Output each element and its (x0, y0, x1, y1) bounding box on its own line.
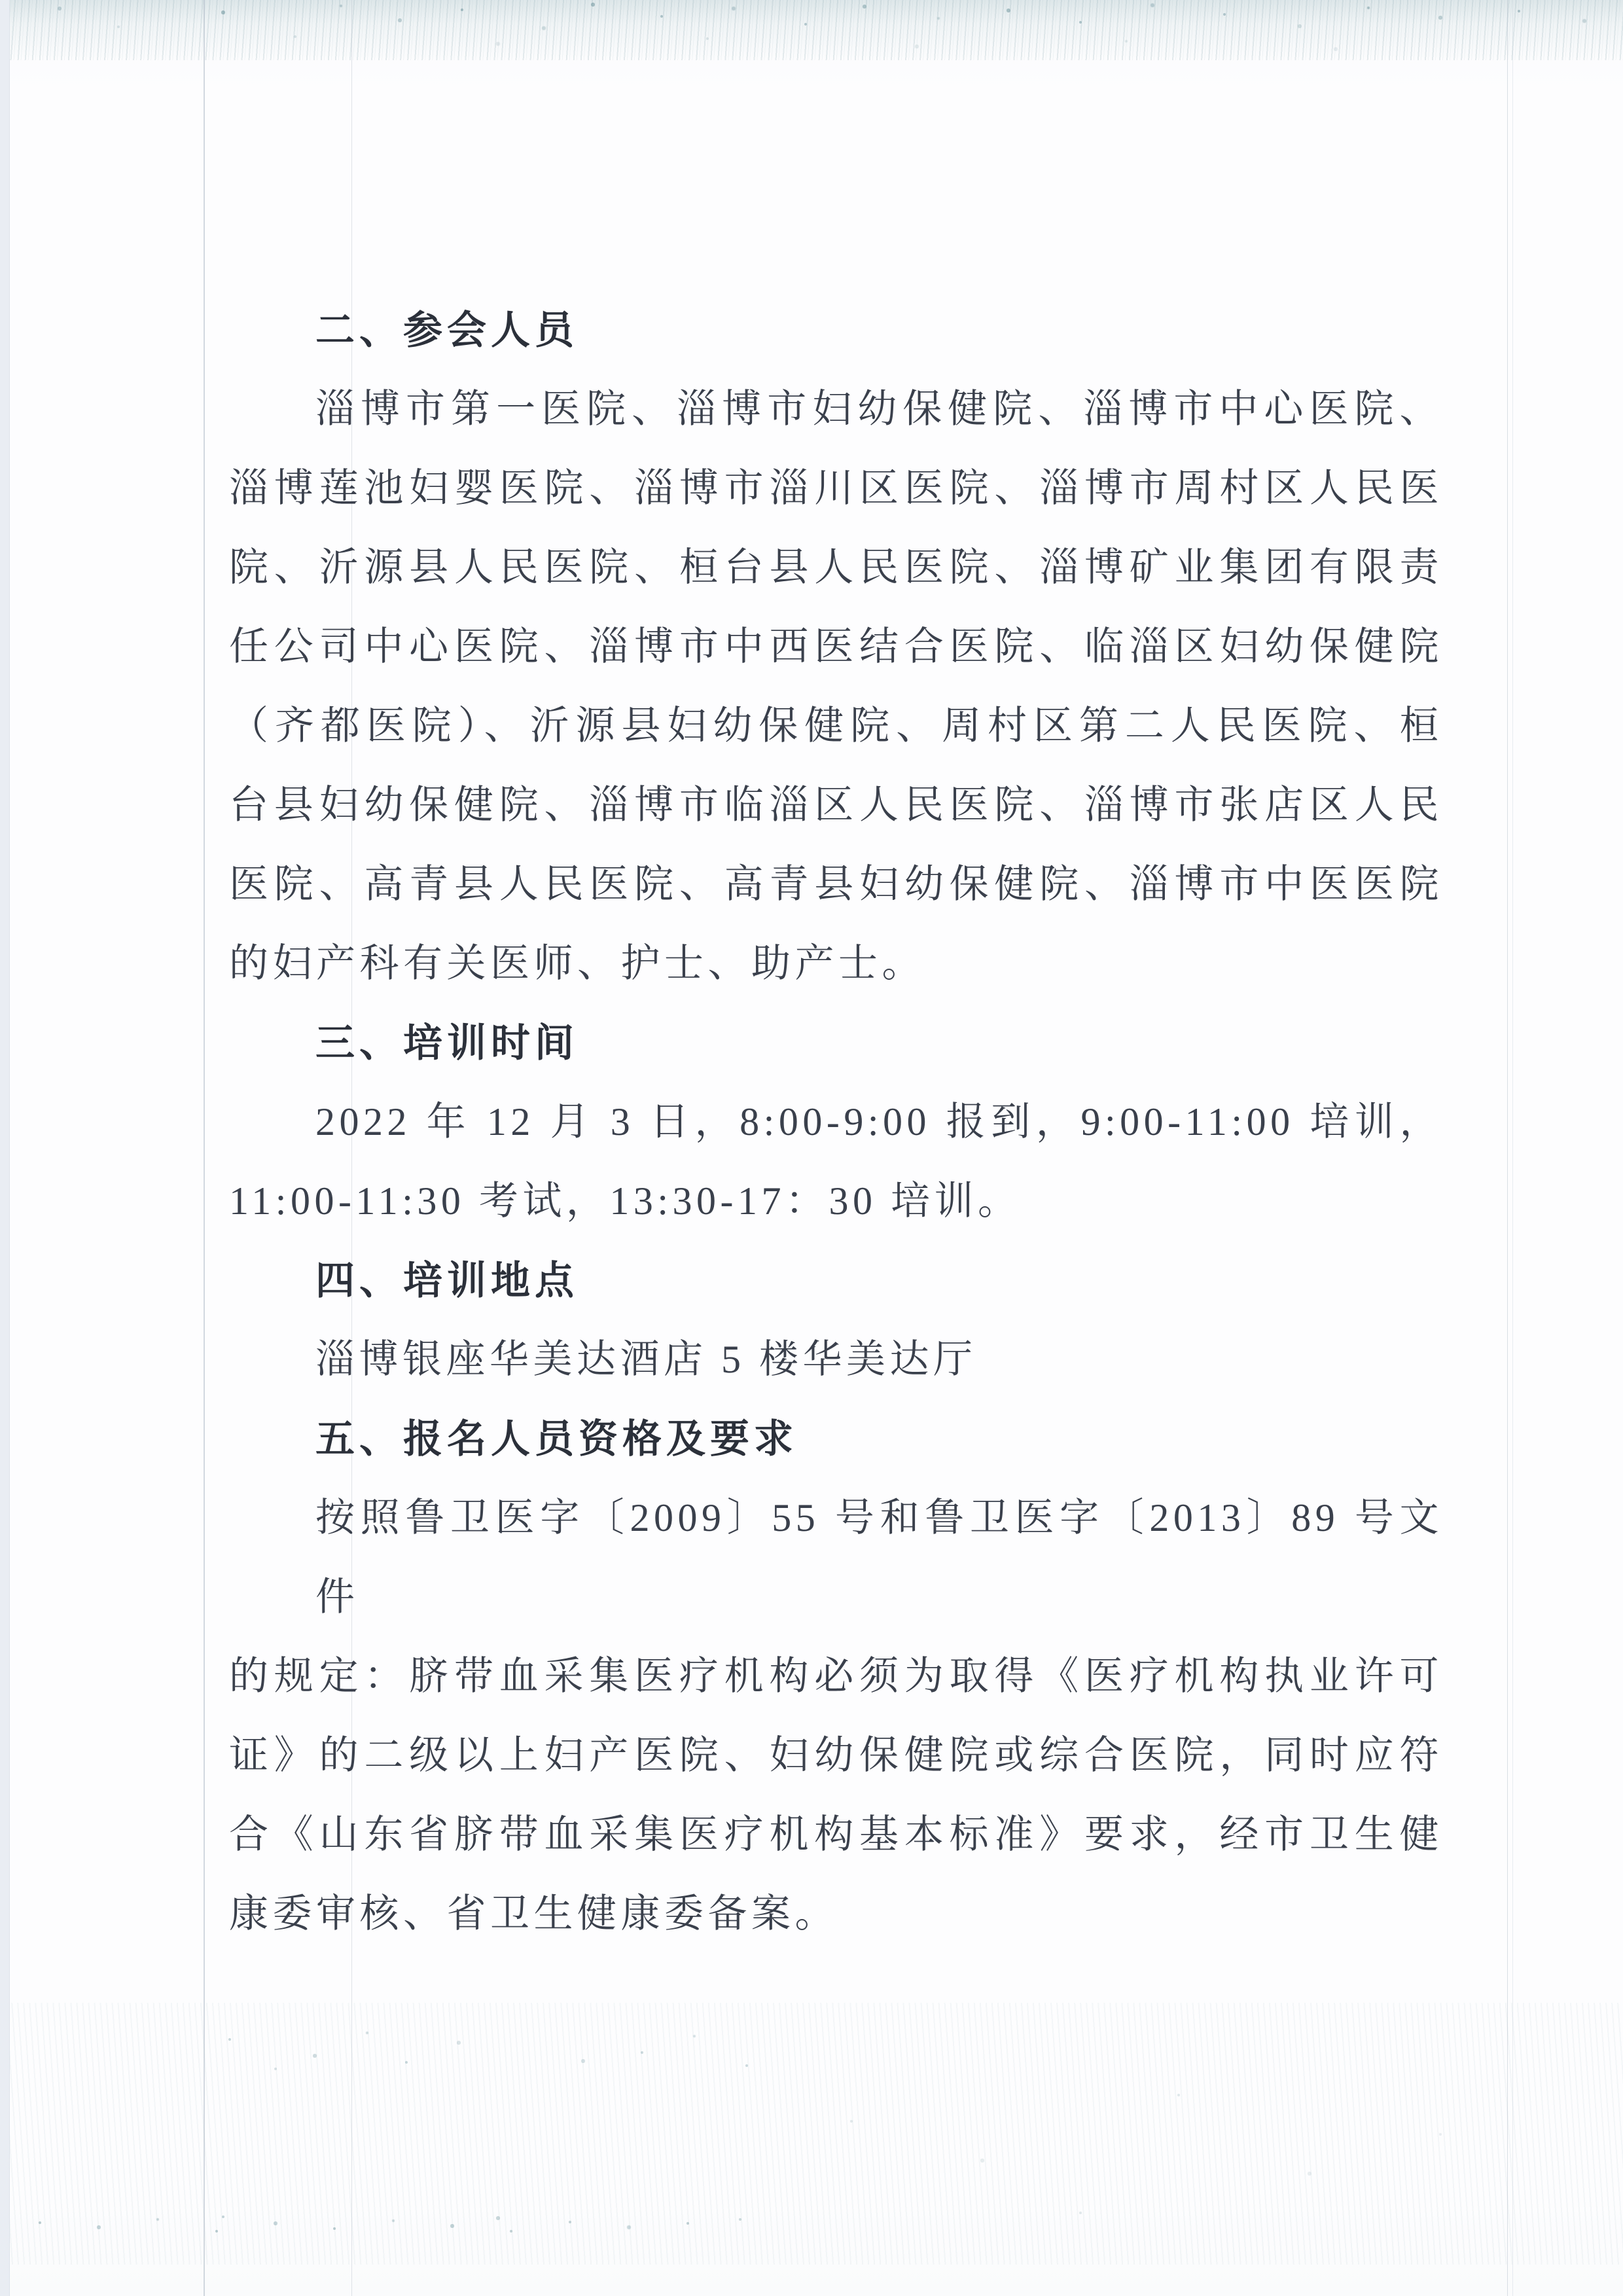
participants-text-line: 任公司中心医院、淄博市中西医结合医院、临淄区妇幼保健院 (229, 607, 1443, 687)
scan-fold-line-left (204, 0, 205, 2296)
participants-text-line: 院、沂源县人民医院、桓台县人民医院、淄博矿业集团有限责 (229, 528, 1443, 607)
document-body: 二、参会人员 淄博市第一医院、淄博市妇幼保健院、淄博市中心医院、 淄博莲池妇婴医… (229, 291, 1443, 1954)
training-time-text-line: 2022 年 12 月 3 日，8:00-9:00 报到，9:00-11:00 … (229, 1083, 1443, 1162)
scan-noise-top (0, 0, 1623, 60)
participants-text-line: 台县妇幼保健院、淄博市临淄区人民医院、淄博市张店区人民 (229, 766, 1443, 845)
training-location-text-line: 淄博银座华美达酒店 5 楼华美达厅 (229, 1320, 1443, 1399)
participants-text-line: 淄博市第一医院、淄博市妇幼保健院、淄博市中心医院、 (229, 370, 1443, 449)
heading-training-time: 三、培训时间 (229, 1003, 1443, 1083)
heading-qualifications: 五、报名人员资格及要求 (229, 1399, 1443, 1479)
qualifications-text-line: 的规定：脐带血采集医疗机构必须为取得《医疗机构执业许可 (229, 1637, 1443, 1716)
scan-noise-bottom (0, 2003, 1623, 2265)
participants-text-line: 医院、高青县人民医院、高青县妇幼保健院、淄博市中医医院 (229, 845, 1443, 924)
qualifications-text-line: 按照鲁卫医字〔2009〕55 号和鲁卫医字〔2013〕89 号文件 (229, 1479, 1443, 1637)
scan-edge-strip (0, 0, 10, 2296)
participants-text-line: （齐都医院）、沂源县妇幼保健院、周村区第二人民医院、桓 (229, 687, 1443, 766)
participants-text-line: 的妇产科有关医师、护士、助产士。 (229, 924, 1443, 1003)
scan-fold-line-right-outer (1512, 0, 1513, 2296)
heading-participants: 二、参会人员 (229, 291, 1443, 370)
qualifications-text-line: 证》的二级以上妇产医院、妇幼保健院或综合医院，同时应符 (229, 1716, 1443, 1795)
heading-training-location: 四、培训地点 (229, 1241, 1443, 1320)
scan-fold-line-right (1507, 0, 1508, 2296)
scanned-document-page: 二、参会人员 淄博市第一医院、淄博市妇幼保健院、淄博市中心医院、 淄博莲池妇婴医… (0, 0, 1623, 2296)
training-time-text-line: 11:00-11:30 考试，13:30-17：30 培训。 (229, 1162, 1443, 1241)
qualifications-text-line: 合《山东省脐带血采集医疗机构基本标准》要求，经市卫生健 (229, 1795, 1443, 1874)
participants-text-line: 淄博莲池妇婴医院、淄博市淄川区医院、淄博市周村区人民医 (229, 449, 1443, 528)
qualifications-text-line: 康委审核、省卫生健康委备案。 (229, 1874, 1443, 1954)
